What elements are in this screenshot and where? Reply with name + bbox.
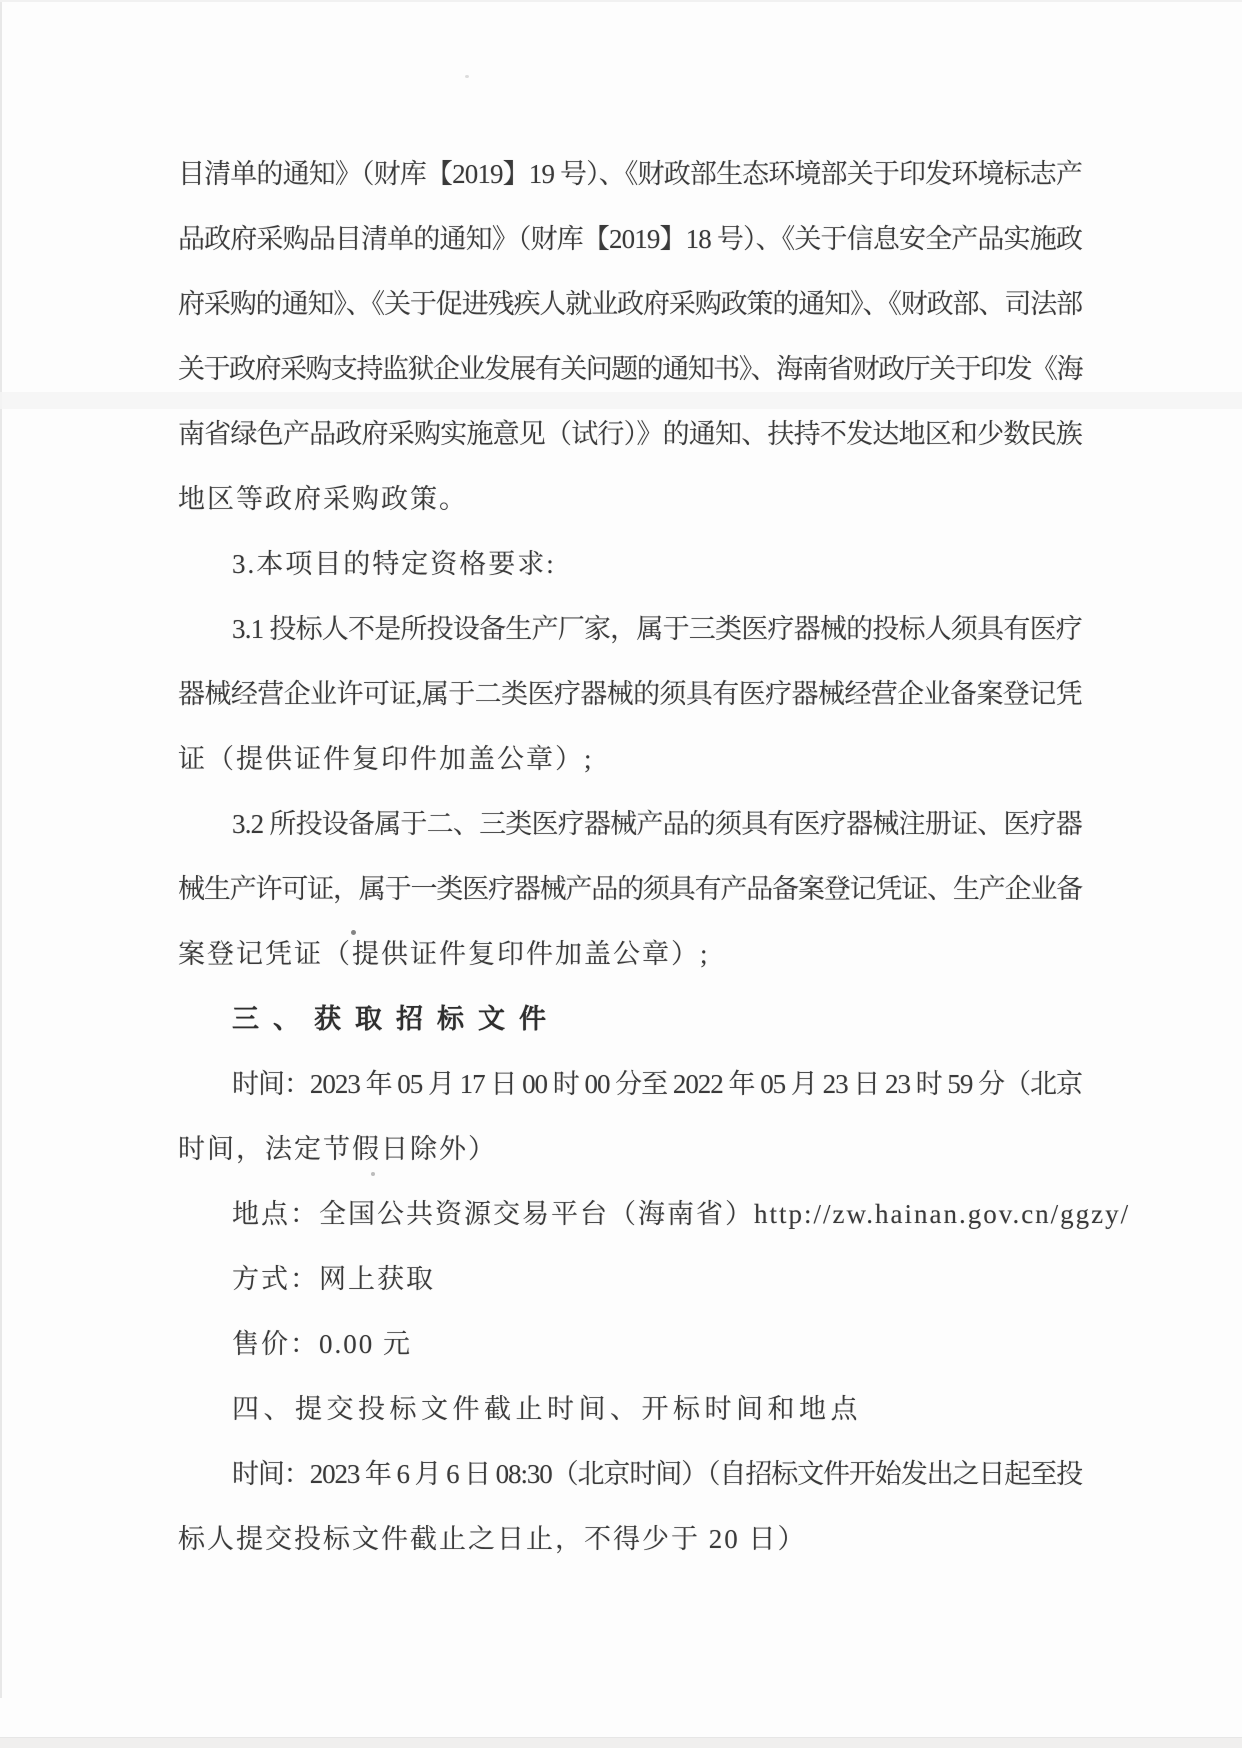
line-text: 关于政府采购支持监狱企业发展有关问题的通知书》、海南省财政厅关于印发《海 [178, 337, 1082, 402]
line-text: 方式：网上获取 [232, 1247, 435, 1312]
line-text: 时间：2023 年 6 月 6 日 08:30（北京时间）（自招标文件开始发出之… [232, 1442, 1082, 1507]
text-line: 南省绿色产品政府采购实施意见（试行）》的通知、扶持不发达地区和少数民族 [178, 402, 1082, 467]
line-text: 地区等政府采购政策。 [178, 467, 468, 532]
page-left-edge-shadow [0, 0, 2, 1698]
text-line: 关于政府采购支持监狱企业发展有关问题的通知书》、海南省财政厅关于印发《海 [178, 337, 1082, 402]
text-line: 案登记凭证（提供证件复印件加盖公章）; [178, 922, 1082, 987]
text-line: 府采购的通知》、《关于促进残疾人就业政府采购政策的通知》、《财政部、司法部 [178, 272, 1082, 337]
text-line: 地区等政府采购政策。 [178, 467, 1082, 532]
line-text: 四、提交投标文件截止时间、开标时间和地点 [232, 1377, 862, 1442]
line-text: 标人提交投标文件截止之日止，不得少于 20 日） [178, 1507, 807, 1572]
page-top-edge-shadow [0, 0, 1242, 2]
line-text: 三、获取招标文件 [232, 987, 560, 1052]
text-line: 时间：2023 年 05 月 17 日 00 时 00 分至 2022 年 05… [178, 1052, 1082, 1117]
section-heading: 四、提交投标文件截止时间、开标时间和地点 [178, 1377, 1082, 1442]
text-line: 时间，法定节假日除外） [178, 1117, 1082, 1182]
line-text: 府采购的通知》、《关于促进残疾人就业政府采购政策的通知》、《财政部、司法部 [178, 272, 1082, 337]
section-heading: 三、获取招标文件 [178, 987, 1082, 1052]
line-text: 时间：2023 年 05 月 17 日 00 时 00 分至 2022 年 05… [232, 1052, 1082, 1117]
line-text: 售价：0.00 元 [232, 1312, 412, 1377]
line-text: 器械经营企业许可证,属于二类医疗器械的须具有医疗器械经营企业备案登记凭 [178, 662, 1082, 727]
text-line: 目清单的通知》（财库【2019】19 号）、《财政部生态环境部关于印发环境标志产 [178, 142, 1082, 207]
text-line: 售价：0.00 元 [178, 1312, 1082, 1377]
line-text: 案登记凭证（提供证件复印件加盖公章）; [178, 922, 710, 987]
text-line: 方式：网上获取 [178, 1247, 1082, 1312]
text-column: 目清单的通知》（财库【2019】19 号）、《财政部生态环境部关于印发环境标志产… [178, 142, 1082, 1572]
text-line: 械生产许可证，属于一类医疗器械产品的须具有产品备案登记凭证、生产企业备 [178, 857, 1082, 922]
scanned-document-page: 目清单的通知》（财库【2019】19 号）、《财政部生态环境部关于印发环境标志产… [0, 0, 1242, 1748]
line-text: 械生产许可证，属于一类医疗器械产品的须具有产品备案登记凭证、生产企业备 [178, 857, 1082, 922]
line-text: 目清单的通知》（财库【2019】19 号）、《财政部生态环境部关于印发环境标志产 [178, 142, 1082, 207]
text-line: 3.1 投标人不是所投设备生产厂家，属于三类医疗器械的投标人须具有医疗 [178, 597, 1082, 662]
line-text: 南省绿色产品政府采购实施意见（试行）》的通知、扶持不发达地区和少数民族 [178, 402, 1082, 467]
text-line: 时间：2023 年 6 月 6 日 08:30（北京时间）（自招标文件开始发出之… [178, 1442, 1082, 1507]
text-line: 3.2 所投设备属于二、三类医疗器械产品的须具有医疗器械注册证、医疗器 [178, 792, 1082, 857]
text-line: 地点：全国公共资源交易平台（海南省）http://zw.hainan.gov.c… [178, 1182, 1082, 1247]
line-text: 证（提供证件复印件加盖公章）; [178, 727, 594, 792]
text-line: 3.本项目的特定资格要求: [178, 532, 1082, 597]
page-bottom-edge-shadow [0, 1737, 1242, 1748]
line-text: 3.2 所投设备属于二、三类医疗器械产品的须具有医疗器械注册证、医疗器 [232, 792, 1082, 857]
text-line: 标人提交投标文件截止之日止，不得少于 20 日） [178, 1507, 1082, 1572]
line-text: 品政府采购品目清单的通知》（财库【2019】18 号）、《关于信息安全产品实施政 [178, 207, 1082, 272]
text-line: 器械经营企业许可证,属于二类医疗器械的须具有医疗器械经营企业备案登记凭 [178, 662, 1082, 727]
line-text: 地点：全国公共资源交易平台（海南省）http://zw.hainan.gov.c… [232, 1182, 1130, 1247]
text-line: 品政府采购品目清单的通知》（财库【2019】18 号）、《关于信息安全产品实施政 [178, 207, 1082, 272]
line-text: 时间，法定节假日除外） [178, 1117, 497, 1182]
scan-speck [465, 75, 469, 78]
line-text: 3.本项目的特定资格要求: [232, 532, 556, 597]
line-text: 3.1 投标人不是所投设备生产厂家，属于三类医疗器械的投标人须具有医疗 [232, 597, 1082, 662]
text-line: 证（提供证件复印件加盖公章）; [178, 727, 1082, 792]
